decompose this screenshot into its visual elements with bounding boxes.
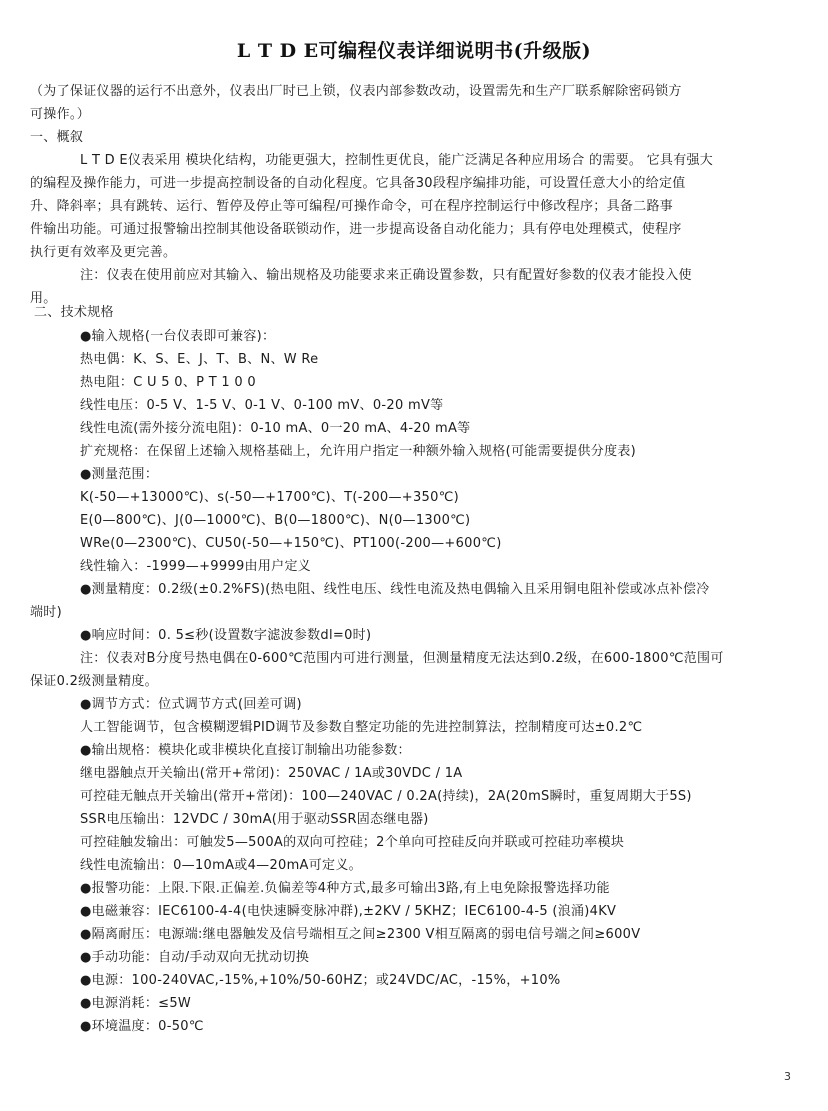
intro-line: （为了保证仪器的运行不出意外，仪表出厂时已上锁，仪表内部参数改动，设置需先和生产… bbox=[30, 80, 682, 99]
spec-line: 热电阻：C U 5 0、P T 1 0 0 bbox=[80, 371, 256, 390]
section-heading-overview: 一、概叙 bbox=[30, 126, 83, 145]
spec-line: 继电器触点开关输出(常开+常闭)：250VAC / 1A或30VDC / 1A bbox=[80, 762, 463, 781]
overview-paragraph-line: 执行更有效率及更完善。 bbox=[30, 241, 176, 260]
spec-line: ●输入规格(一台仪表即可兼容)： bbox=[80, 325, 275, 344]
spec-line: ●隔离耐压：电源端:继电器触发及信号端相互之间≥2300 V相互隔离的弱电信号端… bbox=[80, 923, 640, 942]
spec-line: ●调节方式：位式调节方式(回差可调) bbox=[80, 693, 302, 712]
spec-line: 人工智能调节，包含模糊逻辑PID调节及参数自整定功能的先进控制算法，控制精度可达… bbox=[80, 716, 642, 735]
spec-line: 线性电压：0-5 V、1-5 V、0-1 V、0-100 mV、0-20 mV等 bbox=[80, 394, 443, 413]
spec-line: E(0—800℃)、J(0—1000℃)、B(0—1800℃)、N(0—1300… bbox=[80, 509, 470, 528]
spec-line: 线性电流(需外接分流电阻)：0-10 mA、0一20 mA、4-20 mA等 bbox=[80, 417, 470, 436]
overview-note-line: 注：仪表在使用前应对其输入、输出规格及功能要求来正确设置参数，只有配置好参数的仪… bbox=[80, 264, 692, 283]
spec-line: 可控硅无触点开关输出(常开+常闭)：100—240VAC / 0.2A(持续)，… bbox=[80, 785, 692, 804]
spec-line: ●环境温度：0-50℃ bbox=[80, 1015, 204, 1034]
overview-paragraph-line: 升、降斜率；具有跳转、运行、暂停及停止等可编程/可操作命令，可在程序控制运行中修… bbox=[30, 195, 673, 214]
spec-line: 线性输入：-1999—+9999由用户定义 bbox=[80, 555, 311, 574]
spec-line: ●电源：100-240VAC,-15%,+10%/50-60HZ；或24VDC/… bbox=[80, 969, 561, 988]
spec-line: SSR电压输出：12VDC / 30mA(用于驱动SSR固态继电器) bbox=[80, 808, 429, 827]
spec-line: ●报警功能：上限.下限.正偏差.负偏差等4种方式,最多可输出3路,有上电免除报警… bbox=[80, 877, 610, 896]
overview-paragraph-line: L T D E仪表采用 模块化结构，功能更强大，控制性更优良，能广泛满足各种应用… bbox=[80, 149, 713, 168]
spec-line: 端时) bbox=[30, 601, 62, 620]
spec-line: 可控硅触发输出：可触发5—500A的双向可控硅；2个单向可控硅反向并联或可控硅功… bbox=[80, 831, 624, 850]
spec-line: 注：仪表对B分度号热电偶在0-600℃范围内可进行测量，但测量精度无法达到0.2… bbox=[80, 647, 724, 666]
spec-line: ●输出规格：模块化或非模块化直接订制输出功能参数： bbox=[80, 739, 411, 758]
intro-line: 可操作。） bbox=[30, 103, 90, 122]
overview-paragraph-line: 的编程及操作能力，可进一步提高控制设备的自动化程度。它具备30段程序编排功能，可… bbox=[30, 172, 686, 191]
spec-line: ●测量范围： bbox=[80, 463, 158, 482]
spec-line: ●电磁兼容：IEC6100-4-4(电快速瞬变脉冲群),±2KV / 5KHZ；… bbox=[80, 900, 616, 919]
spec-line: 保证0.2级测量精度。 bbox=[30, 670, 158, 689]
spec-line: 扩充规格：在保留上述输入规格基础上，允许用户指定一种额外输入规格(可能需要提供分… bbox=[80, 440, 636, 459]
spec-line: WRe(0—2300℃)、CU50(-50—+150℃)、PT100(-200—… bbox=[80, 532, 502, 551]
page-number: 3 bbox=[784, 1070, 791, 1083]
spec-line: 热电偶：K、S、E、J、T、B、N、W Re bbox=[80, 348, 318, 367]
spec-line: 线性电流输出：0—10mA或4—20mA可定义。 bbox=[80, 854, 362, 873]
document-title: L T D E可编程仪表详细说明书(升级版) bbox=[0, 36, 828, 63]
spec-line: ●手动功能：自动/手动双向无扰动切换 bbox=[80, 946, 309, 965]
spec-line: K(-50—+13000℃)、s(-50—+1700℃)、T(-200—+350… bbox=[80, 486, 459, 505]
section-heading-specs: 二、技术规格 bbox=[34, 301, 114, 320]
spec-line: ●测量精度：0.2级(±0.2%FS)(热电阻、线性电压、线性电流及热电偶输入且… bbox=[80, 578, 710, 597]
spec-line: ●电源消耗：≤5W bbox=[80, 992, 191, 1011]
spec-line: ●响应时间：0. 5≤秒(设置数字滤波参数dl=0时) bbox=[80, 624, 371, 643]
overview-paragraph-line: 件输出功能。可通过报警输出控制其他设备联锁动作，进一步提高设备自动化能力；具有停… bbox=[30, 218, 682, 237]
